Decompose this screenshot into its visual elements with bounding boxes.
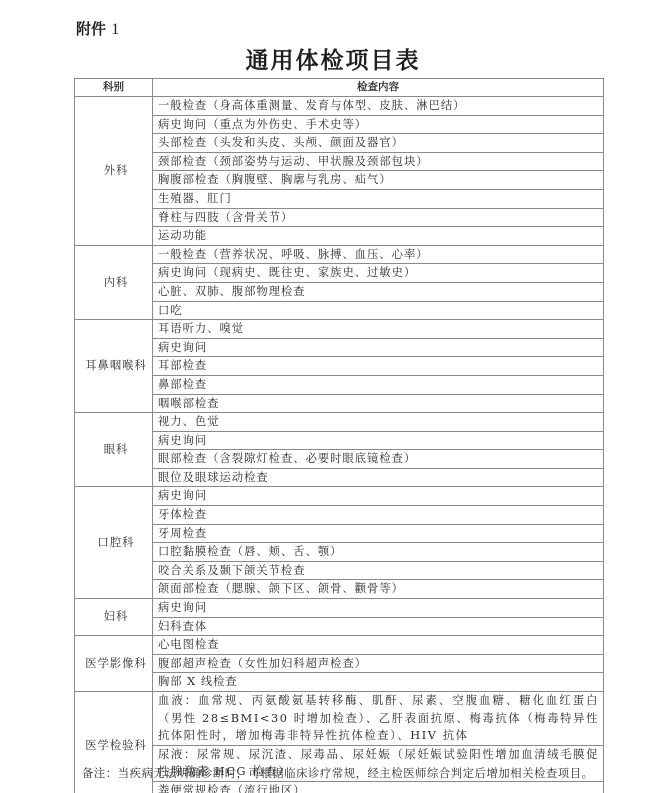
table-row: 鼻部检查 bbox=[75, 375, 604, 394]
exam-item: 口腔黏膜检查（唇、颊、舌、颚） bbox=[153, 543, 604, 562]
table-row: 眼部检查（含裂隙灯检查、必要时眼底镜检查） bbox=[75, 450, 604, 469]
table-row: 粪便常规检查（流行地区） bbox=[75, 781, 604, 793]
exam-item: 心脏、双肺、腹部物理检查 bbox=[153, 282, 604, 301]
exam-item: 牙周检查 bbox=[153, 524, 604, 543]
table-row: 颌面部检查（腮腺、颌下区、颌骨、颧骨等） bbox=[75, 580, 604, 599]
table-row: 颈部检查（颈部姿势与运动、甲状腺及颈部包块） bbox=[75, 152, 604, 171]
exam-item: 口吃 bbox=[153, 301, 604, 320]
exam-item: 咬合关系及颞下颌关节检查 bbox=[153, 561, 604, 580]
department-medical-imaging: 医学影像科 bbox=[75, 636, 153, 692]
table-row: 心脏、双肺、腹部物理检查 bbox=[75, 282, 604, 301]
table-row: 耳鼻咽喉科 耳语听力、嗅觉 bbox=[75, 320, 604, 339]
exam-item: 病史询问（现病史、既往史、家族史、过敏史） bbox=[153, 264, 604, 283]
exam-item: 运动功能 bbox=[153, 227, 604, 246]
exam-item: 耳语听力、嗅觉 bbox=[153, 320, 604, 339]
table-row: 病史询问（现病史、既往史、家族史、过敏史） bbox=[75, 264, 604, 283]
department-internal-medicine: 内科 bbox=[75, 245, 153, 319]
table-row: 眼位及眼球运动检查 bbox=[75, 468, 604, 487]
exam-item: 腹部超声检查（女性加妇科超声检查） bbox=[153, 654, 604, 673]
table-row: 脊柱与四肢（含骨关节） bbox=[75, 208, 604, 227]
table-row: 咽喉部检查 bbox=[75, 394, 604, 413]
exam-item: 病史询问 bbox=[153, 431, 604, 450]
table-row: 生殖器、肛门 bbox=[75, 189, 604, 208]
table-row: 牙周检查 bbox=[75, 524, 604, 543]
table-row: 医学影像科 心电图检查 bbox=[75, 636, 604, 655]
exam-item-blood: 血液：血常规、丙氨酸氨基转移酶、肌酐、尿素、空腹血糖、糖化血红蛋白（男性 28≤… bbox=[153, 692, 604, 746]
exam-item: 心电图检查 bbox=[153, 636, 604, 655]
exam-item: 牙体检查 bbox=[153, 506, 604, 525]
exam-item: 妇科查体 bbox=[153, 617, 604, 636]
exam-item: 生殖器、肛门 bbox=[153, 189, 604, 208]
exam-item: 病史询问 bbox=[153, 487, 604, 506]
exam-item: 眼位及眼球运动检查 bbox=[153, 468, 604, 487]
exam-item: 病史询问 bbox=[153, 338, 604, 357]
table-row: 胸腹部检查（胸腹壁、胸廓与乳房、疝气） bbox=[75, 171, 604, 190]
exam-item: 病史询问（重点为外伤史、手术史等） bbox=[153, 115, 604, 134]
table-row: 头部检查（头发和头皮、头颅、颜面及器官） bbox=[75, 134, 604, 153]
exam-item: 鼻部检查 bbox=[153, 375, 604, 394]
attachment-label: 附件 1 bbox=[76, 18, 119, 39]
exam-item: 耳部检查 bbox=[153, 357, 604, 376]
table-row: 口吃 bbox=[75, 301, 604, 320]
exam-item: 头部检查（头发和头皮、头颅、颜面及器官） bbox=[153, 134, 604, 153]
table-row: 外科 一般检查（身高体重测量、发育与体型、皮肤、淋巴结） bbox=[75, 97, 604, 116]
exam-item: 颈部检查（颈部姿势与运动、甲状腺及颈部包块） bbox=[153, 152, 604, 171]
table-row: 牙体检查 bbox=[75, 506, 604, 525]
exam-item: 胸腹部检查（胸腹壁、胸廓与乳房、疝气） bbox=[153, 171, 604, 190]
column-header-content: 检查内容 bbox=[153, 79, 604, 97]
exam-item-stool: 粪便常规检查（流行地区） bbox=[153, 781, 604, 793]
exam-items-table: 科别 检查内容 外科 一般检查（身高体重测量、发育与体型、皮肤、淋巴结） 病史询… bbox=[74, 78, 604, 793]
department-gynecology: 妇科 bbox=[75, 599, 153, 636]
table-row: 眼科 视力、色觉 bbox=[75, 413, 604, 432]
exam-item: 视力、色觉 bbox=[153, 413, 604, 432]
department-stomatology: 口腔科 bbox=[75, 487, 153, 599]
remark-note: 备注：当疾病无法明确诊断时，可根据临床诊疗常规，经主检医师综合判定后增加相关检查… bbox=[82, 765, 594, 781]
exam-item: 胸部 X 线检查 bbox=[153, 673, 604, 692]
table-row: 腹部超声检查（女性加妇科超声检查） bbox=[75, 654, 604, 673]
exam-item: 病史询问 bbox=[153, 599, 604, 618]
table-row: 妇科查体 bbox=[75, 617, 604, 636]
table-row: 咬合关系及颞下颌关节检查 bbox=[75, 561, 604, 580]
table-row: 运动功能 bbox=[75, 227, 604, 246]
exam-item: 颌面部检查（腮腺、颌下区、颌骨、颧骨等） bbox=[153, 580, 604, 599]
table-row: 病史询问 bbox=[75, 431, 604, 450]
table-row: 口腔科 病史询问 bbox=[75, 487, 604, 506]
exam-item: 一般检查（营养状况、呼吸、脉搏、血压、心率） bbox=[153, 245, 604, 264]
table-row: 病史询问（重点为外伤史、手术史等） bbox=[75, 115, 604, 134]
department-ent: 耳鼻咽喉科 bbox=[75, 320, 153, 413]
table-row: 妇科 病史询问 bbox=[75, 599, 604, 618]
attachment-number: 1 bbox=[111, 21, 119, 38]
table-row: 耳部检查 bbox=[75, 357, 604, 376]
table-header-row: 科别 检查内容 bbox=[75, 79, 604, 97]
table-row: 口腔黏膜检查（唇、颊、舌、颚） bbox=[75, 543, 604, 562]
table-row: 医学检验科 血液：血常规、丙氨酸氨基转移酶、肌酐、尿素、空腹血糖、糖化血红蛋白（… bbox=[75, 692, 604, 746]
exam-item: 脊柱与四肢（含骨关节） bbox=[153, 208, 604, 227]
page-title: 通用体检项目表 bbox=[0, 42, 666, 75]
department-ophthalmology: 眼科 bbox=[75, 413, 153, 487]
exam-item: 一般检查（身高体重测量、发育与体型、皮肤、淋巴结） bbox=[153, 97, 604, 116]
table-row: 内科 一般检查（营养状况、呼吸、脉搏、血压、心率） bbox=[75, 245, 604, 264]
attachment-label-text: 附件 bbox=[76, 20, 106, 38]
exam-item: 眼部检查（含裂隙灯检查、必要时眼底镜检查） bbox=[153, 450, 604, 469]
table-row: 病史询问 bbox=[75, 338, 604, 357]
exam-item: 咽喉部检查 bbox=[153, 394, 604, 413]
department-surgery: 外科 bbox=[75, 97, 153, 246]
table-row: 胸部 X 线检查 bbox=[75, 673, 604, 692]
column-header-department: 科别 bbox=[75, 79, 153, 97]
